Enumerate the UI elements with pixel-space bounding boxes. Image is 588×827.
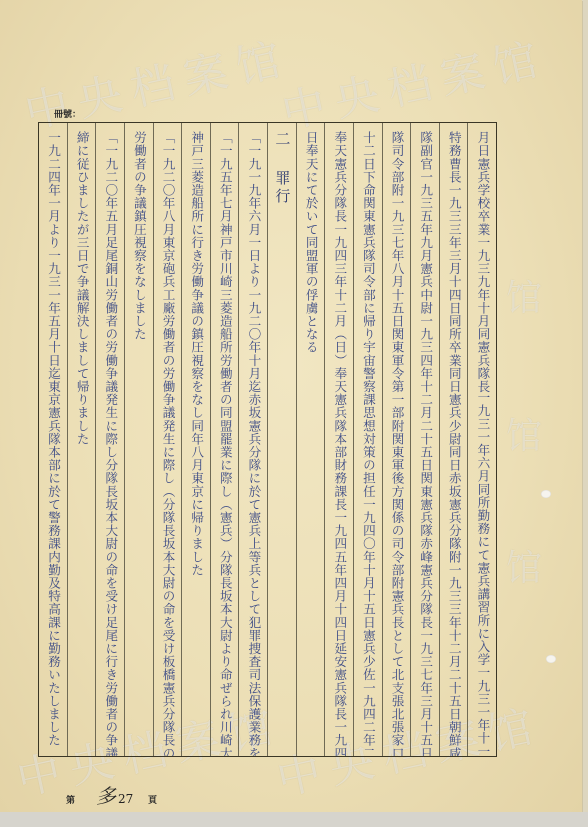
text-column-1: 月日憲兵学校卒業一九三九年十月同憲兵隊長 一九三一年六月同所勤務にて憲兵講習所に… [467, 123, 496, 756]
column-text: 一九二四年一月より一九三一年五月十日迄東京憲兵隊本部に於て警務課内勤及特高課に勤… [47, 131, 60, 751]
section-heading-column: 二 罪行 [267, 123, 296, 756]
column-text: 「一九一九年六月一日より一九二〇年十月迄赤坂憲兵分隊に於て憲兵上等兵として犯罪捜… [247, 131, 260, 751]
column-text-continued: 一九三一年六月同所勤務にて憲兵講習所に入学一九三一年十一月日憲兵 [476, 391, 489, 756]
column-text: 特務曹長一九三三年三月十四日同所卒業同日憲兵少尉同日赤坂憲兵分隊附一九三三年十二… [447, 131, 460, 751]
text-column-9: 「一九一九年六月一日より一九二〇年十月迄赤坂憲兵分隊に於て憲兵上等兵として犯罪捜… [238, 123, 267, 756]
punch-hole-lower [546, 655, 556, 663]
column-text: 日奉天にて於いて同盟軍の俘虜となる [304, 131, 317, 751]
column-text: 締に従ひましたが三日で争議解決しまして帰りました [75, 131, 88, 751]
volume-number-label: 冊號： [54, 107, 81, 120]
text-column-7: 日奉天にて於いて同盟軍の俘虜となる [296, 123, 325, 756]
text-column-5: 十二日下命関東憲兵隊司令部に帰り宇宙警察課思想対策の担任一九四〇年十月十五日憲兵… [353, 123, 382, 756]
column-text: 隊副官一九三五年九月憲兵中尉一九三四年十二月二十五日関東憲兵隊赤峰憲兵分隊長一九… [419, 131, 432, 751]
text-column-2: 特務曹長一九三三年三月十四日同所卒業同日憲兵少尉同日赤坂憲兵分隊附一九三三年十二… [439, 123, 468, 756]
page-number-digits: 27 [118, 792, 133, 806]
column-text: 「一九二〇年八月東京砲兵工廠労働者の労働争議発生に際し（分隊長坂本大尉の命を受け… [161, 131, 174, 751]
column-text: 「一九五年七月神戸市川崎三菱造船所労働者の同盟罷業に際し（憲兵）分隊長坂本大尉よ… [218, 131, 231, 751]
page-prefix: 第 [66, 793, 75, 806]
scan-margin [0, 812, 588, 827]
column-text: 神戸三菱造船所に行き労働争議の鎮圧視察をなし同年八月東京に帰りました [190, 131, 203, 751]
watermark-side-3: 馆 [506, 270, 542, 321]
column-text: 奉天憲兵分隊長一九四三年十二月（日）奉天憲兵隊本部財務課長一九四五年四月十四日延… [333, 131, 346, 751]
column-text: 「一九二〇年五月足尾銅山労働者の労働争議発生に際し分隊長坂本大尉の命を受け足尾に… [104, 131, 117, 751]
text-column-6: 奉天憲兵分隊長一九四三年十二月（日）奉天憲兵隊本部財務課長一九四五年四月十四日延… [324, 123, 353, 756]
page-number: 多27 [96, 780, 133, 809]
punch-hole-upper [541, 490, 551, 498]
text-column-11: 神戸三菱造船所に行き労働争議の鎮圧視察をなし同年八月東京に帰りました [181, 123, 210, 756]
text-column-10: 「一九五年七月神戸市川崎三菱造船所労働者の同盟罷業に際し（憲兵）分隊長坂本大尉よ… [210, 123, 239, 756]
document-page: 中央档案馆 中央档案馆 中央档案馆 中央档案馆 馆 馆 馆 冊號： 月日憲兵学校… [0, 0, 582, 812]
watermark-side-1: 馆 [506, 408, 542, 459]
text-column-13: 労働者の争議鎮圧視察をなしました [124, 123, 153, 756]
page-number-handwritten: 多 [96, 784, 116, 808]
column-text: 十二日下命関東憲兵隊司令部に帰り宇宙警察課思想対策の担任一九四〇年十月十五日憲兵… [361, 131, 374, 751]
column-text: 月日憲兵学校卒業一九三九年十月同憲兵隊長 [476, 131, 489, 391]
writing-grid: 月日憲兵学校卒業一九三九年十月同憲兵隊長 一九三一年六月同所勤務にて憲兵講習所に… [38, 122, 497, 757]
text-column-14: 「一九二〇年五月足尾銅山労働者の労働争議発生に際し分隊長坂本大尉の命を受け足尾に… [95, 123, 124, 756]
column-text: 隊司令部附一九三七年八月十五日関東軍令第一部附関東軍後方関係の司令部附憲兵長とし… [390, 131, 403, 751]
text-column-15: 締に従ひましたが三日で争議解決しまして帰りました [67, 123, 96, 756]
text-column-16: 一九二四年一月より一九三一年五月十日迄東京憲兵隊本部に於て警務課内勤及特高課に勤… [39, 123, 67, 756]
page-suffix: 頁 [148, 793, 157, 806]
column-text: 労働者の争議鎮圧視察をなしました [132, 131, 145, 751]
text-column-3: 隊副官一九三五年九月憲兵中尉一九三四年十二月二十五日関東憲兵隊赤峰憲兵分隊長一九… [410, 123, 439, 756]
text-column-4: 隊司令部附一九三七年八月十五日関東軍令第一部附関東軍後方関係の司令部附憲兵長とし… [382, 123, 411, 756]
section-heading-crimes: 二 罪行 [274, 131, 289, 751]
watermark-side-2: 馆 [506, 540, 542, 591]
text-column-12: 「一九二〇年八月東京砲兵工廠労働者の労働争議発生に際し（分隊長坂本大尉の命を受け… [153, 123, 182, 756]
